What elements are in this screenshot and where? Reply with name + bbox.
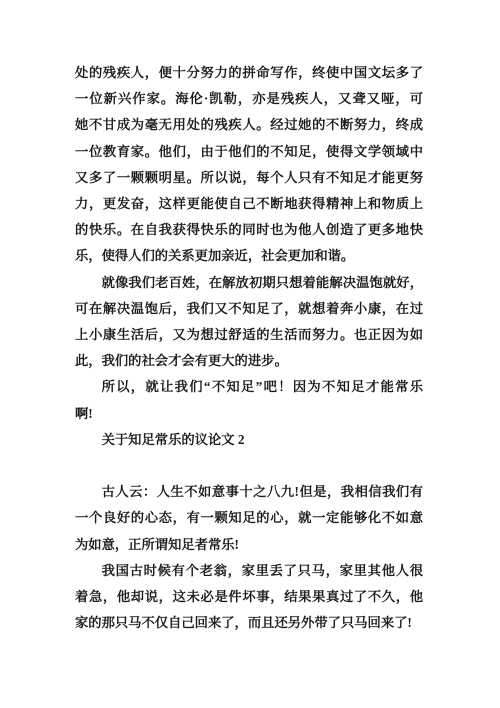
text-line: 我国古时候有个老翁，家里丢了只马，家里其他人很 (75, 558, 423, 584)
text-line: 所以，就让我们“不知足”吧！因为不知足才能常乐 (75, 374, 423, 400)
text-line: 上小康生活后，又为想过舒适的生活而努力。也正因为如 (75, 322, 423, 348)
paragraph: 就像我们老百姓，在解放初期只想着能解决温饱就好，可在解决温饱后，我们又不知足了，… (75, 270, 423, 375)
document-page: 处的残疾人，便十分努力的拼命写作，终使中国文坛多了一位新兴作家。海伦·凯勒，亦是… (0, 0, 500, 708)
text-line: 啊! (75, 401, 423, 427)
paragraph: 古人云：人生不如意事十之八九!但是，我相信我们有一个良好的心态，有一颗知足的心，… (75, 479, 423, 558)
text-line: 此，我们的社会才会有更大的进步。 (75, 348, 423, 374)
text-line: 力，更发奋，这样更能使自己不断地获得精神上和物质上 (75, 191, 423, 217)
section-heading: 关于知足常乐的议论文 2 (75, 427, 423, 453)
text-line: 一位教育家。他们，由于他们的不知足，使得文学领域中 (75, 139, 423, 165)
text-line: 一位新兴作家。海伦·凯勒，亦是残疾人，又聋又哑，可 (75, 86, 423, 112)
text-line: 着急，他却说，这未必是件坏事，结果果真过了不久，他 (75, 584, 423, 610)
text-line: 处的残疾人，便十分努力的拼命写作，终使中国文坛多了 (75, 60, 423, 86)
text-line: 家的那只马不仅自己回来了，而且还另外带了只马回来了! (75, 610, 423, 636)
text-line: 又多了一颗颗明星。所以说，每个人只有不知足才能更努 (75, 165, 423, 191)
document-scan: { "page": { "background_color": "#ffffff… (0, 0, 500, 708)
blank-line (75, 453, 423, 479)
paragraph: 我国古时候有个老翁，家里丢了只马，家里其他人很着急，他却说，这未必是件坏事，结果… (75, 558, 423, 637)
paragraph: 所以，就让我们“不知足”吧！因为不知足才能常乐啊! (75, 374, 423, 426)
text-line: 可在解决温饱后，我们又不知足了，就想着奔小康，在过 (75, 296, 423, 322)
text-line: 一个良好的心态，有一颗知足的心，就一定能够化不如意 (75, 505, 423, 531)
paragraph: 处的残疾人，便十分努力的拼命写作，终使中国文坛多了一位新兴作家。海伦·凯勒，亦是… (75, 60, 423, 270)
text-line: 乐，使得人们的关系更加亲近，社会更加和谐。 (75, 243, 423, 269)
text-line: 就像我们老百姓，在解放初期只想着能解决温饱就好， (75, 270, 423, 296)
text-line: 古人云：人生不如意事十之八九!但是，我相信我们有 (75, 479, 423, 505)
text-line: 她不甘成为毫无用处的残疾人。经过她的不断努力，终成 (75, 112, 423, 138)
text-line: 为如意，正所谓知足者常乐! (75, 532, 423, 558)
document-text-body: 处的残疾人，便十分努力的拼命写作，终使中国文坛多了一位新兴作家。海伦·凯勒，亦是… (75, 60, 423, 636)
heading-line: 关于知足常乐的议论文 2 (75, 427, 423, 453)
text-line: 的快乐。在自我获得快乐的同时也为他人创造了更多地快 (75, 217, 423, 243)
